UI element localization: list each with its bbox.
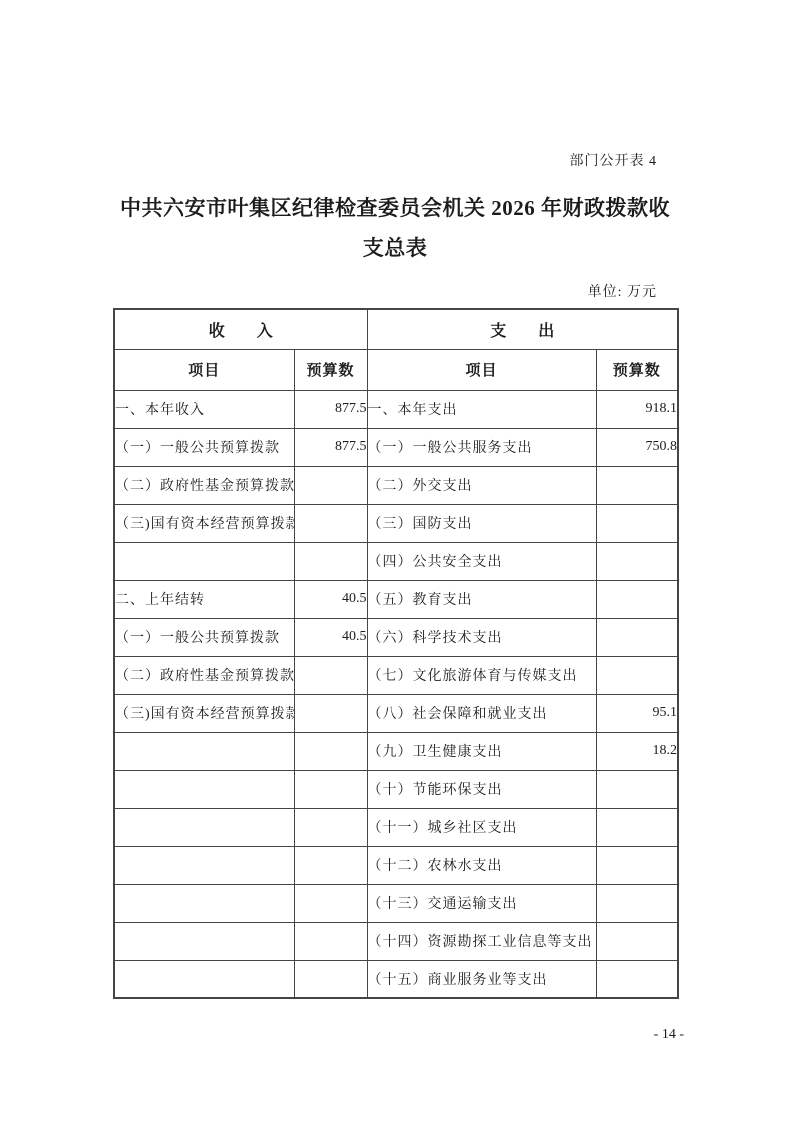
table-row: （十四）资源勘探工业信息等支出 [114,922,678,960]
table-row: （二）政府性基金预算拨款（七）文化旅游体育与传媒支出 [114,656,678,694]
page-number: - 14 - [654,1027,684,1043]
income-item-cell [114,922,294,960]
expense-item-cell: （十）节能环保支出 [367,770,596,808]
table-row: （四）公共安全支出 [114,542,678,580]
income-value-cell [294,466,367,504]
income-value-cell [294,846,367,884]
income-value-cell [294,808,367,846]
income-value-cell [294,694,367,732]
expense-item-cell: （十四）资源勘探工业信息等支出 [367,922,596,960]
expense-value-cell [596,618,678,656]
income-item-cell: （一）一般公共预算拨款 [114,428,294,466]
table-row: （一）一般公共预算拨款40.5（六）科学技术支出 [114,618,678,656]
income-item-cell [114,846,294,884]
page-title: 中共六安市叶集区纪律检查委员会机关 2026 年财政拨款收 支总表 [110,188,680,268]
income-value-cell [294,770,367,808]
expense-item-cell: （三）国防支出 [367,504,596,542]
income-value-cell: 877.5 [294,390,367,428]
income-item-cell: （二）政府性基金预算拨款 [114,656,294,694]
expense-item-cell: （四）公共安全支出 [367,542,596,580]
table-row: （十五）商业服务业等支出 [114,960,678,998]
expense-item-cell: 一、本年支出 [367,390,596,428]
table-row: （二）政府性基金预算拨款（二）外交支出 [114,466,678,504]
expense-item-cell: （六）科学技术支出 [367,618,596,656]
income-value-cell: 877.5 [294,428,367,466]
income-value-cell: 40.5 [294,580,367,618]
page-title-line1: 中共六安市叶集区纪律检查委员会机关 2026 年财政拨款收 [110,188,680,228]
table-row: （九）卫生健康支出18.2 [114,732,678,770]
income-item-cell [114,884,294,922]
expense-item-cell: （一）一般公共服务支出 [367,428,596,466]
expense-value-cell [596,466,678,504]
income-item-cell [114,808,294,846]
expense-item-cell: （十一）城乡社区支出 [367,808,596,846]
table-row: （三)国有资本经营预算拨款（三）国防支出 [114,504,678,542]
expense-item-cell: （七）文化旅游体育与传媒支出 [367,656,596,694]
expense-item-cell: （十三）交通运输支出 [367,884,596,922]
expense-value-cell: 95.1 [596,694,678,732]
budget-table: 收 入 支 出 项目 预算数 项目 预算数 一、本年收入877.5一、本年支出9… [113,308,679,999]
expense-value-cell [596,808,678,846]
table-row: （一）一般公共预算拨款877.5（一）一般公共服务支出750.8 [114,428,678,466]
column-header-row: 项目 预算数 项目 预算数 [114,349,678,390]
income-value-cell [294,504,367,542]
expense-item-cell: （九）卫生健康支出 [367,732,596,770]
expense-item-header: 项目 [367,349,596,390]
table-row: （十三）交通运输支出 [114,884,678,922]
income-item-cell [114,732,294,770]
income-item-cell [114,960,294,998]
income-group-header: 收 入 [114,309,367,349]
income-value-cell [294,732,367,770]
expense-item-cell: （十二）农林水支出 [367,846,596,884]
page-title-line2: 支总表 [110,228,680,268]
income-item-cell: （三)国有资本经营预算拨款 [114,504,294,542]
income-value-cell [294,960,367,998]
table-row: 二、上年结转40.5（五）教育支出 [114,580,678,618]
expense-value-cell [596,504,678,542]
income-value-cell [294,542,367,580]
income-item-cell: （三)国有资本经营预算拨款 [114,694,294,732]
expense-item-cell: （八）社会保障和就业支出 [367,694,596,732]
expense-item-cell: （二）外交支出 [367,466,596,504]
expense-value-cell [596,846,678,884]
table-row: （十）节能环保支出 [114,770,678,808]
document-page: 部门公开表 4 中共六安市叶集区纪律检查委员会机关 2026 年财政拨款收 支总… [0,0,793,1122]
income-item-cell [114,542,294,580]
income-value-cell [294,884,367,922]
unit-label: 单位: 万元 [588,281,657,301]
expense-value-cell [596,580,678,618]
table-row: （三)国有资本经营预算拨款（八）社会保障和就业支出95.1 [114,694,678,732]
table-row: （十一）城乡社区支出 [114,808,678,846]
group-header-row: 收 入 支 出 [114,309,678,349]
expense-value-cell [596,884,678,922]
table-row: 一、本年收入877.5一、本年支出918.1 [114,390,678,428]
income-value-cell: 40.5 [294,618,367,656]
expense-value-cell [596,542,678,580]
income-value-cell [294,922,367,960]
table-row: （十二）农林水支出 [114,846,678,884]
income-item-header: 项目 [114,349,294,390]
income-budget-header: 预算数 [294,349,367,390]
expense-group-header: 支 出 [367,309,678,349]
income-item-cell: （一）一般公共预算拨款 [114,618,294,656]
doc-label: 部门公开表 4 [570,150,658,170]
income-item-cell: 二、上年结转 [114,580,294,618]
expense-item-cell: （五）教育支出 [367,580,596,618]
expense-value-cell: 18.2 [596,732,678,770]
expense-value-cell [596,770,678,808]
income-value-cell [294,656,367,694]
income-item-cell [114,770,294,808]
expense-value-cell: 918.1 [596,390,678,428]
income-item-cell: （二）政府性基金预算拨款 [114,466,294,504]
expense-value-cell [596,960,678,998]
expense-value-cell [596,922,678,960]
expense-value-cell [596,656,678,694]
expense-budget-header: 预算数 [596,349,678,390]
expense-item-cell: （十五）商业服务业等支出 [367,960,596,998]
income-item-cell: 一、本年收入 [114,390,294,428]
expense-value-cell: 750.8 [596,428,678,466]
table-body: 一、本年收入877.5一、本年支出918.1（一）一般公共预算拨款877.5（一… [114,390,678,998]
